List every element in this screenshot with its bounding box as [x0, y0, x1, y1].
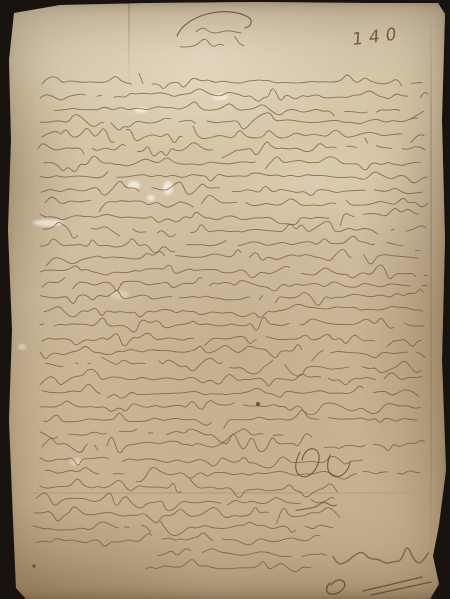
header-script: [177, 12, 251, 47]
crease-fold: [10, 492, 440, 494]
crease-right: [430, 6, 432, 576]
paper-damage-spots: [18, 94, 228, 467]
crease-top: [128, 2, 130, 90]
manuscript-paper: 140: [0, 0, 450, 599]
paper-vignette: [0, 0, 450, 599]
folio-number: 140: [352, 24, 403, 50]
closing-script: [33, 449, 350, 572]
ink-blots: [32, 402, 260, 568]
scan-background: 140: [0, 0, 450, 599]
signature-script: [296, 502, 431, 595]
handwriting-layer: [0, 0, 450, 599]
body-script: [38, 73, 428, 481]
